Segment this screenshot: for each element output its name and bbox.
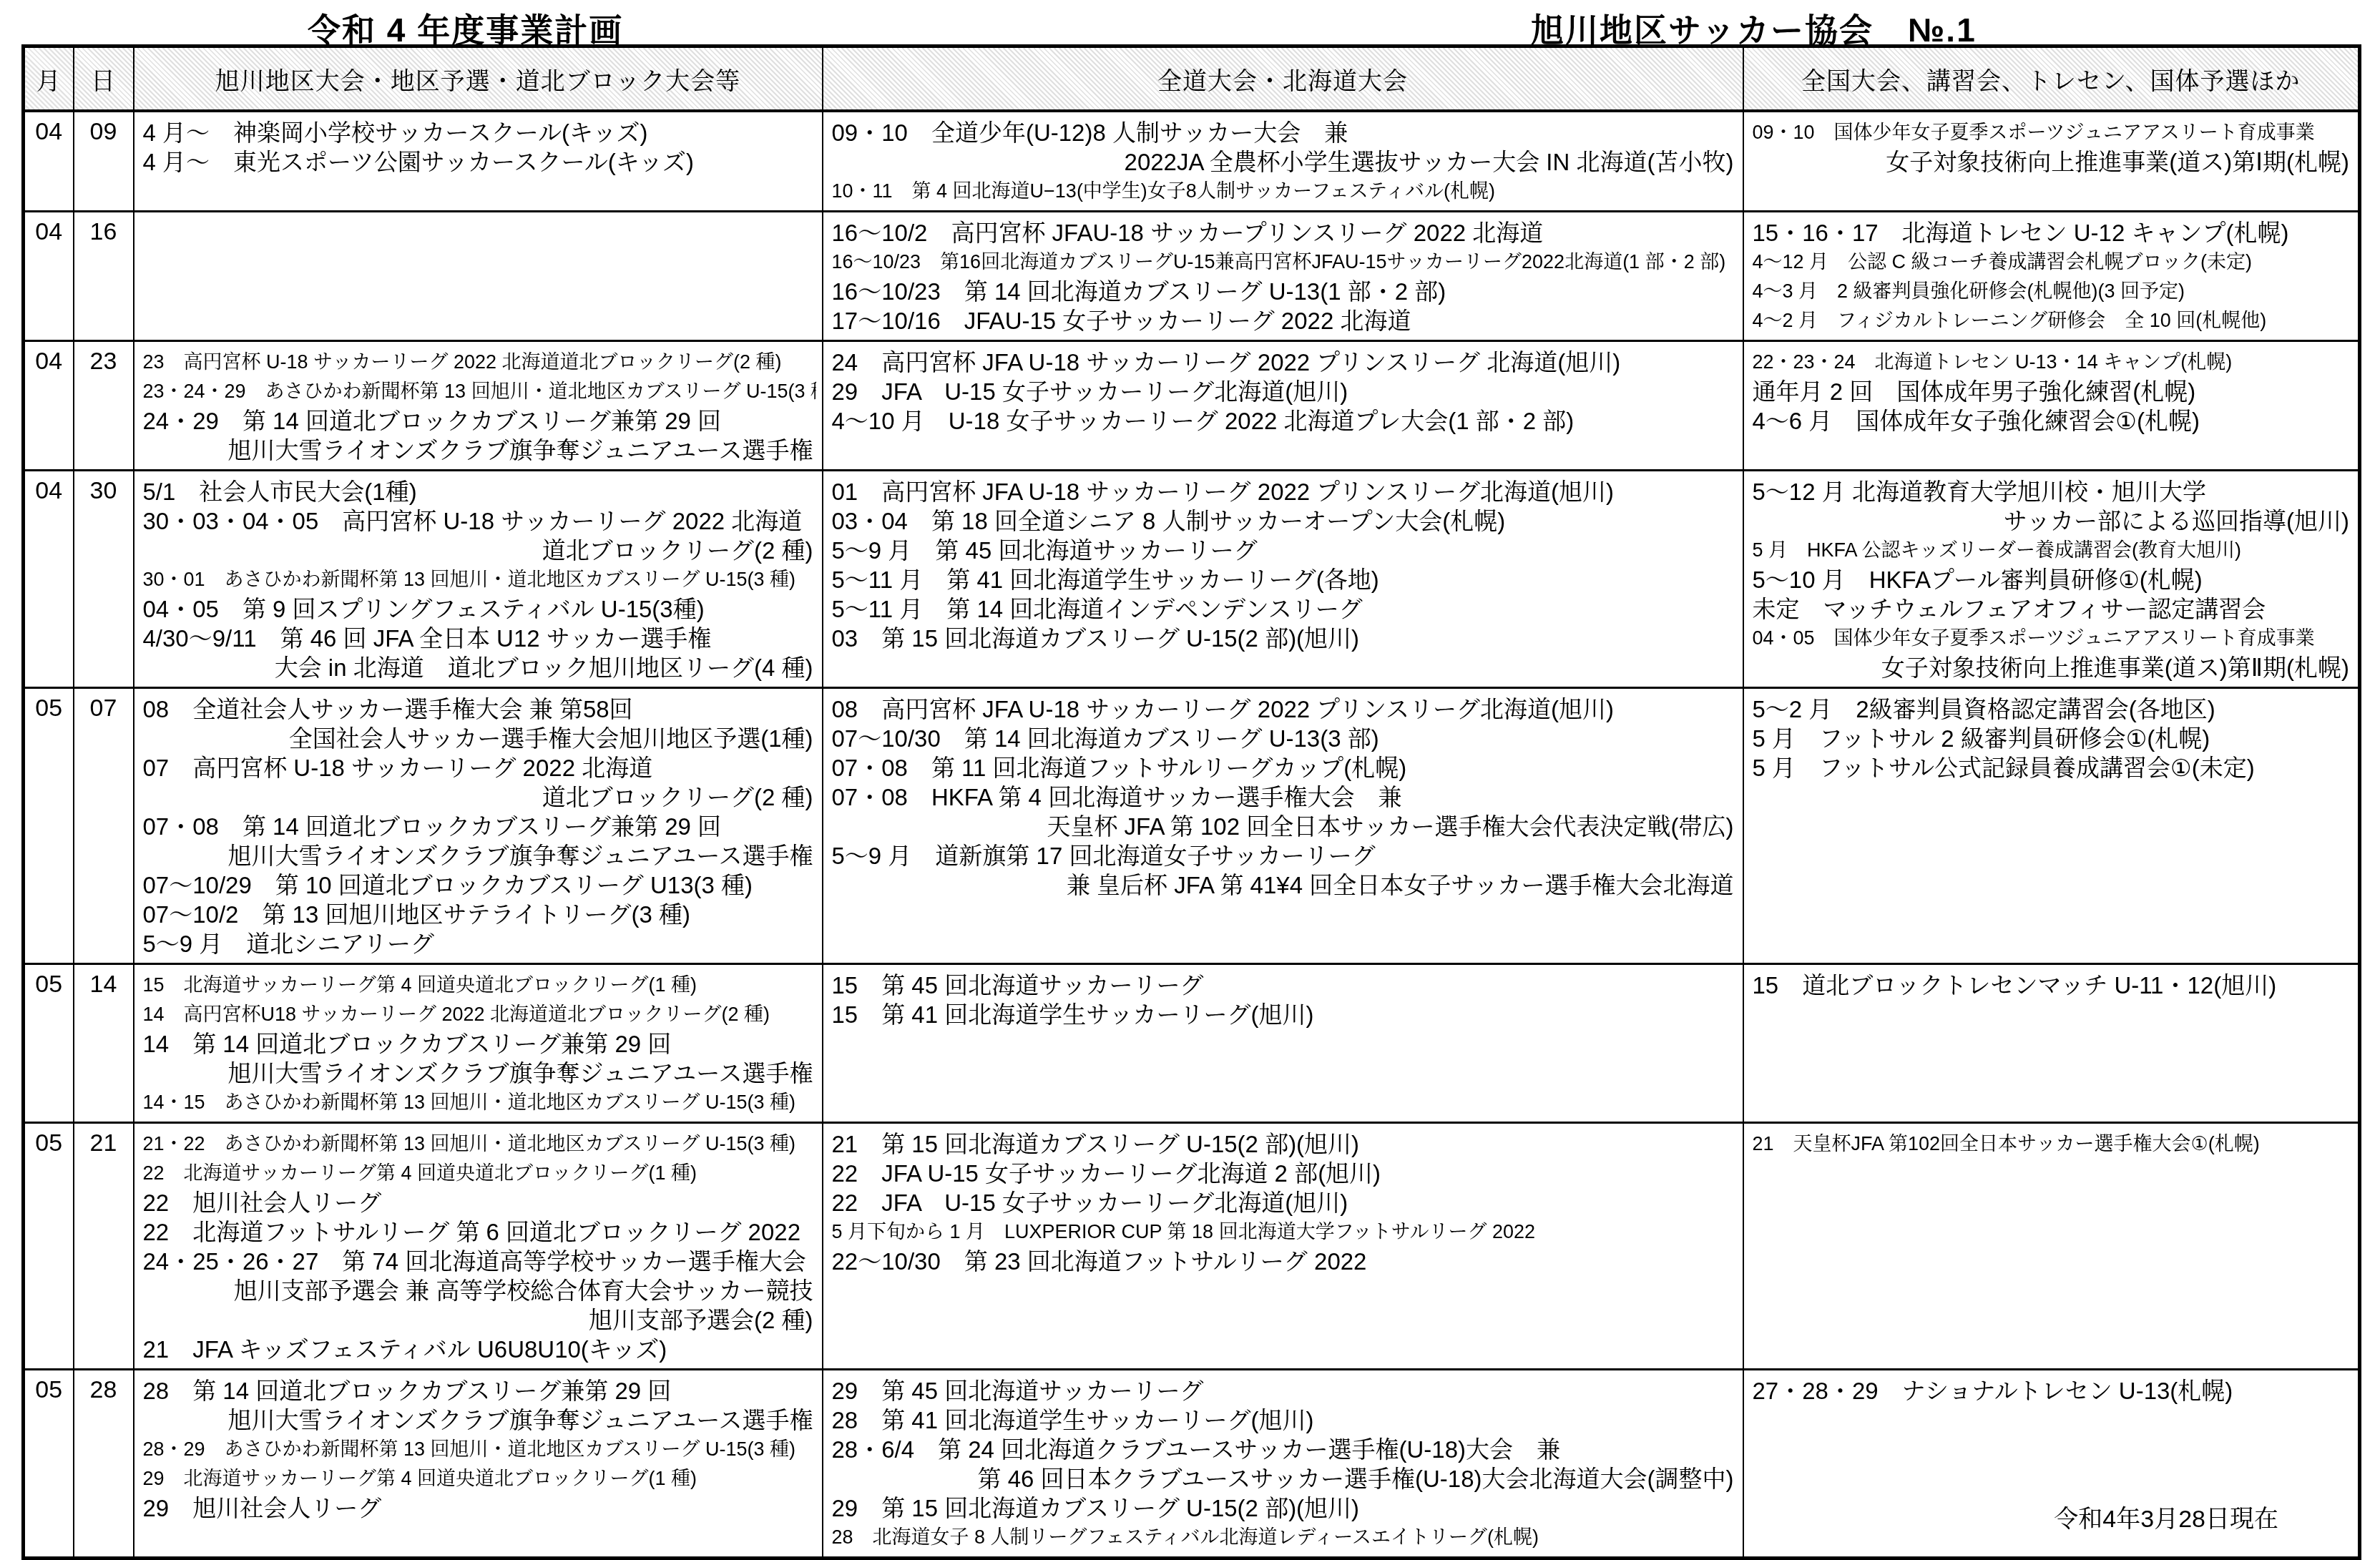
national-events-cell: 5～2 月 2級審判員資格認定講習会(各地区)5 月 フットサル 2 級審判員研… (1743, 688, 2360, 964)
event-line: 16～10/2 高円宮杯 JFAU-18 サッカープリンスリーグ 2022 北海… (832, 218, 1737, 247)
event-line: 5 月 HKFA 公認キッズリーダー養成講習会(教育大旭川) (1753, 536, 2353, 565)
event-line: 07～10/2 第 13 回旭川地区サテライトリーグ(3 種) (143, 900, 816, 929)
event-line: 全国社会人サッカー選手権大会旭川地区予選(1種) (143, 724, 816, 753)
local-events-cell (134, 212, 823, 341)
event-line: 15 道北ブロックトレセンマッチ U-11・12(旭川) (1753, 971, 2353, 1000)
event-line: 旭川大雪ライオンズクラブ旗争奪ジュニアユース選手権 (143, 841, 816, 870)
event-line: 04・05 第 9 回スプリングフェスティバル U-15(3種) (143, 594, 816, 624)
event-line: 22 旭川社会人リーグ (143, 1188, 816, 1217)
event-line: 24・25・26・27 第 74 回北海道高等学校サッカー選手権大会 (143, 1247, 816, 1276)
event-line: 兼 皇后杯 JFA 第 41¥4 回全日本女子サッカー選手権大会北海道 (832, 870, 1737, 900)
event-line: 15 第 41 回北海道学生サッカーリーグ(旭川) (832, 1000, 1737, 1029)
table-row: 051415 北海道サッカーリーグ第 4 回道央道北ブロックリーグ(1 種)14… (24, 964, 2360, 1123)
event-line: 5～9 月 道北シニアリーグ (143, 929, 816, 958)
hokkaido-events-cell: 08 高円宮杯 JFA U-18 サッカーリーグ 2022 プリンスリーグ北海道… (823, 688, 1743, 964)
schedule-body: 04094 月～ 神楽岡小学校サッカースクール(キッズ)4 月～ 東光スポーツ公… (24, 111, 2360, 1559)
event-line: 5～2 月 2級審判員資格認定講習会(各地区) (1753, 695, 2353, 724)
event-line: 09・10 国体少年女子夏季スポーツジュニアアスリート育成事業 (1753, 118, 2353, 147)
event-line: 4～2 月 フィジカルトレーニング研修会 全 10 回(札幌他) (1753, 306, 2353, 335)
event-line: 07・08 第 11 回北海道フットサルリーグカップ(札幌) (832, 753, 1737, 783)
event-line: 14 高円宮杯U18 サッカーリーグ 2022 北海道道北ブロックリーグ(2 種… (143, 1000, 816, 1029)
hokkaido-events-cell: 29 第 45 回北海道サッカーリーグ28 第 41 回北海道学生サッカーリーグ… (823, 1370, 1743, 1559)
event-line: 10・11 第 4 回北海道U−13(中学生)女子8人制サッカーフェスティバル(… (832, 177, 1737, 206)
event-line: 女子対象技術向上推進事業(道ス)第Ⅱ期(札幌) (1753, 653, 2353, 682)
event-line: 07・08 第 14 回道北ブロックカブスリーグ兼第 29 回 (143, 812, 816, 841)
event-line: 28 第 14 回道北ブロックカブスリーグ兼第 29 回 (143, 1376, 816, 1406)
event-line: 09・10 全道少年(U-12)8 人制サッカー大会 兼 (832, 118, 1737, 147)
table-row: 041616～10/2 高円宮杯 JFAU-18 サッカープリンスリーグ 202… (24, 212, 2360, 341)
event-line: 天皇杯 JFA 第 102 回全日本サッカー選手権大会代表決定戦(帯広) (832, 812, 1737, 841)
day-cell: 21 (74, 1123, 134, 1370)
event-line: 4～3 月 2 級審判員強化研修会(札幌他)(3 回予定) (1753, 277, 2353, 306)
event-line: 17～10/16 JFAU-15 女子サッカーリーグ 2022 北海道 (832, 306, 1737, 335)
national-events-cell: 15 道北ブロックトレセンマッチ U-11・12(旭川) (1743, 964, 2360, 1123)
event-line: 23 高円宮杯 U-18 サッカーリーグ 2022 北海道道北ブロックリーグ(2… (143, 348, 816, 377)
hokkaido-events-cell: 15 第 45 回北海道サッカーリーグ15 第 41 回北海道学生サッカーリーグ… (823, 964, 1743, 1123)
event-line: サッカー部による巡回指導(旭川) (1753, 506, 2353, 536)
event-line: 28・6/4 第 24 回北海道クラブユースサッカー選手権(U-18)大会 兼 (832, 1435, 1737, 1464)
as-of-date-note: 令和4年3月28日現在 (2054, 1499, 2278, 1534)
event-line: 4～12 月 公認 C 級コーチ養成講習会札幌ブロック(未定) (1753, 247, 2353, 277)
event-line: 22 北海道フットサルリーグ 第 6 回道北ブロックリーグ 2022 (143, 1217, 816, 1247)
header-national-column: 全国大会、講習会、トレセン、国体予選ほか (1743, 46, 2360, 112)
event-line: 27・28・29 ナショナルトレセン U-13(札幌) (1753, 1376, 2353, 1406)
month-cell: 05 (24, 964, 74, 1123)
event-line: 29 第 45 回北海道サッカーリーグ (832, 1376, 1737, 1406)
event-line: 07・08 HKFA 第 4 回北海道サッカー選手権大会 兼 (832, 783, 1737, 812)
event-line: 22 北海道サッカーリーグ第 4 回道央道北ブロックリーグ(1 種) (143, 1159, 816, 1188)
event-line: 道北ブロックリーグ(2 種) (143, 536, 816, 565)
event-line: 28 北海道女子 8 人制リーグフェスティバル北海道レディースエイトリーグ(札幌… (832, 1523, 1737, 1552)
schedule-table: 月 日 旭川地区大会・地区予選・道北ブロック大会等 全道大会・北海道大会 全国大… (21, 44, 2361, 1560)
hokkaido-events-cell: 09・10 全道少年(U-12)8 人制サッカー大会 兼2022JA 全農杯小学… (823, 111, 1743, 212)
event-line: 5 月 フットサル 2 級審判員研修会①(札幌) (1753, 724, 2353, 753)
local-events-cell: 21・22 あさひかわ新聞杯第 13 回旭川・道北地区カブスリーグ U-15(3… (134, 1123, 823, 1370)
event-line: 2022JA 全農杯小学生選抜サッカー大会 IN 北海道(苫小牧) (832, 147, 1737, 177)
local-events-cell: 28 第 14 回道北ブロックカブスリーグ兼第 29 回旭川大雪ライオンズクラブ… (134, 1370, 823, 1559)
event-line: 4～6 月 国体成年女子強化練習会①(札幌) (1753, 406, 2353, 436)
event-line: 07～10/30 第 14 回北海道カブスリーグ U-13(3 部) (832, 724, 1737, 753)
event-line: 22・23・24 北海道トレセン U-13・14 キャンプ(札幌) (1753, 348, 2353, 377)
local-events-cell: 4 月～ 神楽岡小学校サッカースクール(キッズ)4 月～ 東光スポーツ公園サッカ… (134, 111, 823, 212)
event-line: 15 第 45 回北海道サッカーリーグ (832, 971, 1737, 1000)
national-events-cell: 22・23・24 北海道トレセン U-13・14 キャンプ(札幌)通年月 2 回… (1743, 341, 2360, 471)
day-cell: 23 (74, 341, 134, 471)
event-line: 女子対象技術向上推進事業(道ス)第Ⅰ期(札幌) (1753, 147, 2353, 177)
national-events-cell: 5～12 月 北海道教育大学旭川校・旭川大学サッカー部による巡回指導(旭川)5 … (1743, 471, 2360, 688)
event-line: 29 JFA U-15 女子サッカーリーグ北海道(旭川) (832, 377, 1737, 406)
event-line: 5 月 フットサル公式記録員養成講習会①(未定) (1753, 753, 2353, 783)
national-events-cell: 21 天皇杯JFA 第102回全日本サッカー選手権大会①(札幌) (1743, 1123, 2360, 1370)
table-row: 04094 月～ 神楽岡小学校サッカースクール(キッズ)4 月～ 東光スポーツ公… (24, 111, 2360, 212)
event-line: 未定 マッチウェルフェアオフィサー認定講習会 (1753, 594, 2353, 624)
local-events-cell: 23 高円宮杯 U-18 サッカーリーグ 2022 北海道道北ブロックリーグ(2… (134, 341, 823, 471)
event-line: 28・29 あさひかわ新聞杯第 13 回旭川・道北地区カブスリーグ U-15(3… (143, 1435, 816, 1464)
day-cell: 07 (74, 688, 134, 964)
event-line: 道北ブロックリーグ(2 種) (143, 783, 816, 812)
event-line: 5/1 社会人市民大会(1種) (143, 477, 816, 506)
local-events-cell: 15 北海道サッカーリーグ第 4 回道央道北ブロックリーグ(1 種)14 高円宮… (134, 964, 823, 1123)
header-row: 月 日 旭川地区大会・地区予選・道北ブロック大会等 全道大会・北海道大会 全国大… (24, 46, 2360, 112)
event-line: 第 46 回日本クラブユースサッカー選手権(U-18)大会北海道大会(調整中) (832, 1464, 1737, 1493)
event-line: 21・22 あさひかわ新聞杯第 13 回旭川・道北地区カブスリーグ U-15(3… (143, 1129, 816, 1159)
event-line: 22 JFA U-15 女子サッカーリーグ北海道 2 部(旭川) (832, 1159, 1737, 1188)
header-local-column: 旭川地区大会・地区予選・道北ブロック大会等 (134, 46, 823, 112)
header-day: 日 (74, 46, 134, 112)
national-events-cell: 09・10 国体少年女子夏季スポーツジュニアアスリート育成事業女子対象技術向上推… (1743, 111, 2360, 212)
event-line: 4 月～ 神楽岡小学校サッカースクール(キッズ) (143, 118, 816, 147)
event-line: 旭川支部予選会 兼 高等学校総合体育大会サッカー競技 (143, 1276, 816, 1305)
national-events-cell: 15・16・17 北海道トレセン U-12 キャンプ(札幌)4～12 月 公認 … (1743, 212, 2360, 341)
month-cell: 04 (24, 341, 74, 471)
event-line: 5～12 月 北海道教育大学旭川校・旭川大学 (1753, 477, 2353, 506)
header-hokkaido-column: 全道大会・北海道大会 (823, 46, 1743, 112)
event-line: 5～9 月 道新旗第 17 回北海道女子サッカーリーグ (832, 841, 1737, 870)
event-line: 23・24・29 あさひかわ新聞杯第 13 回旭川・道北地区カブスリーグ U-1… (143, 377, 816, 406)
hokkaido-events-cell: 01 高円宮杯 JFA U-18 サッカーリーグ 2022 プリンスリーグ北海道… (823, 471, 1743, 688)
event-line: 07 高円宮杯 U-18 サッカーリーグ 2022 北海道 (143, 753, 816, 783)
event-line: 16～10/23 第 14 回北海道カブスリーグ U-13(1 部・2 部) (832, 277, 1737, 306)
event-line: 5～9 月 第 45 回北海道サッカーリーグ (832, 536, 1737, 565)
table-row: 050708 全道社会人サッカー選手権大会 兼 第58回全国社会人サッカー選手権… (24, 688, 2360, 964)
day-cell: 14 (74, 964, 134, 1123)
event-line: 5～11 月 第 41 回北海道学生サッカーリーグ(各地) (832, 565, 1737, 594)
event-line: 4 月～ 東光スポーツ公園サッカースクール(キッズ) (143, 147, 816, 177)
local-events-cell: 08 全道社会人サッカー選手権大会 兼 第58回全国社会人サッカー選手権大会旭川… (134, 688, 823, 964)
event-line: 21 第 15 回北海道カブスリーグ U-15(2 部)(旭川) (832, 1129, 1737, 1159)
event-line: 15 北海道サッカーリーグ第 4 回道央道北ブロックリーグ(1 種) (143, 971, 816, 1000)
event-line: 08 高円宮杯 JFA U-18 サッカーリーグ 2022 プリンスリーグ北海道… (832, 695, 1737, 724)
event-line: 16～10/23 第16回北海道カブスリーグU-15兼高円宮杯JFAU-15サッ… (832, 247, 1737, 277)
event-line: 5～10 月 HKFAプール審判員研修①(札幌) (1753, 565, 2353, 594)
event-line: 08 全道社会人サッカー選手権大会 兼 第58回 (143, 695, 816, 724)
event-line: 29 第 15 回北海道カブスリーグ U-15(2 部)(旭川) (832, 1493, 1737, 1523)
event-line: 旭川大雪ライオンズクラブ旗争奪ジュニアユース選手権 (143, 436, 816, 465)
event-line: 24・29 第 14 回道北ブロックカブスリーグ兼第 29 回 (143, 406, 816, 436)
hokkaido-events-cell: 24 高円宮杯 JFA U-18 サッカーリーグ 2022 プリンスリーグ 北海… (823, 341, 1743, 471)
day-cell: 28 (74, 1370, 134, 1559)
month-cell: 04 (24, 111, 74, 212)
month-cell: 05 (24, 1123, 74, 1370)
event-line: 29 旭川社会人リーグ (143, 1493, 816, 1523)
event-line: 4～10 月 U-18 女子サッカーリーグ 2022 北海道プレ大会(1 部・2… (832, 406, 1737, 436)
table-row: 04305/1 社会人市民大会(1種)30・03・04・05 高円宮杯 U-18… (24, 471, 2360, 688)
day-cell: 09 (74, 111, 134, 212)
event-line: 通年月 2 回 国体成年男子強化練習(札幌) (1753, 377, 2353, 406)
event-line: 旭川支部予選会(2 種) (143, 1305, 816, 1335)
table-row: 052121・22 あさひかわ新聞杯第 13 回旭川・道北地区カブスリーグ U-… (24, 1123, 2360, 1370)
event-line: 22～10/30 第 23 回北海道フットサルリーグ 2022 (832, 1247, 1737, 1276)
hokkaido-events-cell: 16～10/2 高円宮杯 JFAU-18 サッカープリンスリーグ 2022 北海… (823, 212, 1743, 341)
header-month: 月 (24, 46, 74, 112)
event-line: 03 第 15 回北海道カブスリーグ U-15(2 部)(旭川) (832, 624, 1737, 653)
table-row: 052828 第 14 回道北ブロックカブスリーグ兼第 29 回旭川大雪ライオン… (24, 1370, 2360, 1559)
event-line: 03・04 第 18 回全道シニア 8 人制サッカーオープン大会(札幌) (832, 506, 1737, 536)
day-cell: 30 (74, 471, 134, 688)
event-line: 21 天皇杯JFA 第102回全日本サッカー選手権大会①(札幌) (1753, 1129, 2353, 1159)
event-line: 21 JFA キッズフェスティバル U6U8U10(キッズ) (143, 1335, 816, 1364)
month-cell: 05 (24, 688, 74, 964)
event-line: 07～10/29 第 10 回道北ブロックカブスリーグ U13(3 種) (143, 870, 816, 900)
event-line: 大会 in 北海道 道北ブロック旭川地区リーグ(4 種) (143, 653, 816, 682)
local-events-cell: 5/1 社会人市民大会(1種)30・03・04・05 高円宮杯 U-18 サッカ… (134, 471, 823, 688)
event-line: 14・15 あさひかわ新聞杯第 13 回旭川・道北地区カブスリーグ U-15(3… (143, 1088, 816, 1117)
day-cell: 16 (74, 212, 134, 341)
event-line: 28 第 41 回北海道学生サッカーリーグ(旭川) (832, 1406, 1737, 1435)
month-cell: 04 (24, 471, 74, 688)
event-line: 15・16・17 北海道トレセン U-12 キャンプ(札幌) (1753, 218, 2353, 247)
event-line: 14 第 14 回道北ブロックカブスリーグ兼第 29 回 (143, 1029, 816, 1059)
event-line: 旭川大雪ライオンズクラブ旗争奪ジュニアユース選手権 (143, 1406, 816, 1435)
month-cell: 05 (24, 1370, 74, 1559)
event-line: 4/30～9/11 第 46 回 JFA 全日本 U12 サッカー選手権 (143, 624, 816, 653)
event-line: 旭川大雪ライオンズクラブ旗争奪ジュニアユース選手権 (143, 1059, 816, 1088)
event-line: 01 高円宮杯 JFA U-18 サッカーリーグ 2022 プリンスリーグ北海道… (832, 477, 1737, 506)
hokkaido-events-cell: 21 第 15 回北海道カブスリーグ U-15(2 部)(旭川)22 JFA U… (823, 1123, 1743, 1370)
event-line: 24 高円宮杯 JFA U-18 サッカーリーグ 2022 プリンスリーグ 北海… (832, 348, 1737, 377)
event-line: 5 月下旬から 1 月 LUXPERIOR CUP 第 18 回北海道大学フット… (832, 1217, 1737, 1247)
month-cell: 04 (24, 212, 74, 341)
table-row: 042323 高円宮杯 U-18 サッカーリーグ 2022 北海道道北ブロックリ… (24, 341, 2360, 471)
event-line: 30・03・04・05 高円宮杯 U-18 サッカーリーグ 2022 北海道 (143, 506, 816, 536)
event-line: 22 JFA U-15 女子サッカーリーグ北海道(旭川) (832, 1188, 1737, 1217)
event-line: 04・05 国体少年女子夏季スポーツジュニアアスリート育成事業 (1753, 624, 2353, 653)
event-line: 29 北海道サッカーリーグ第 4 回道央道北ブロックリーグ(1 種) (143, 1464, 816, 1493)
event-line: 5～11 月 第 14 回北海道インデペンデンスリーグ (832, 594, 1737, 624)
event-line: 30・01 あさひかわ新聞杯第 13 回旭川・道北地区カブスリーグ U-15(3… (143, 565, 816, 594)
